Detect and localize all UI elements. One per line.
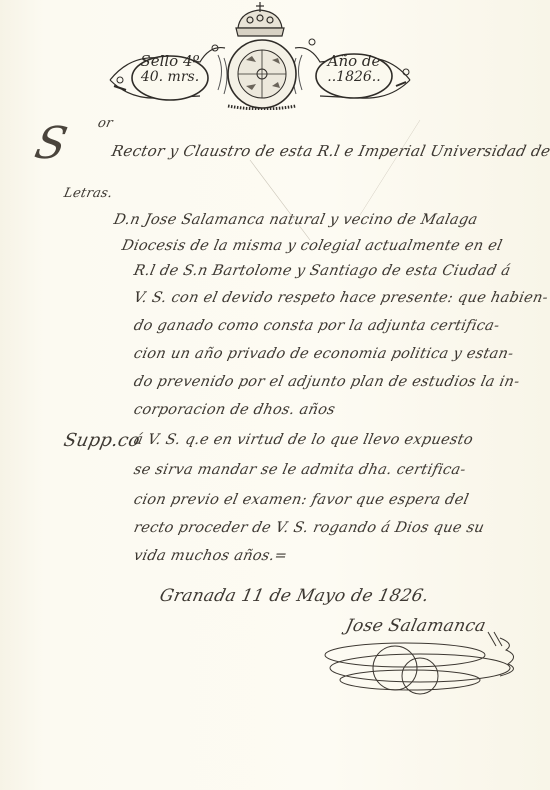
- document-page: Sello 4º 40. mrs. Año de ..1826.. S or R…: [0, 0, 550, 790]
- paper-texture-icon: [0, 0, 550, 790]
